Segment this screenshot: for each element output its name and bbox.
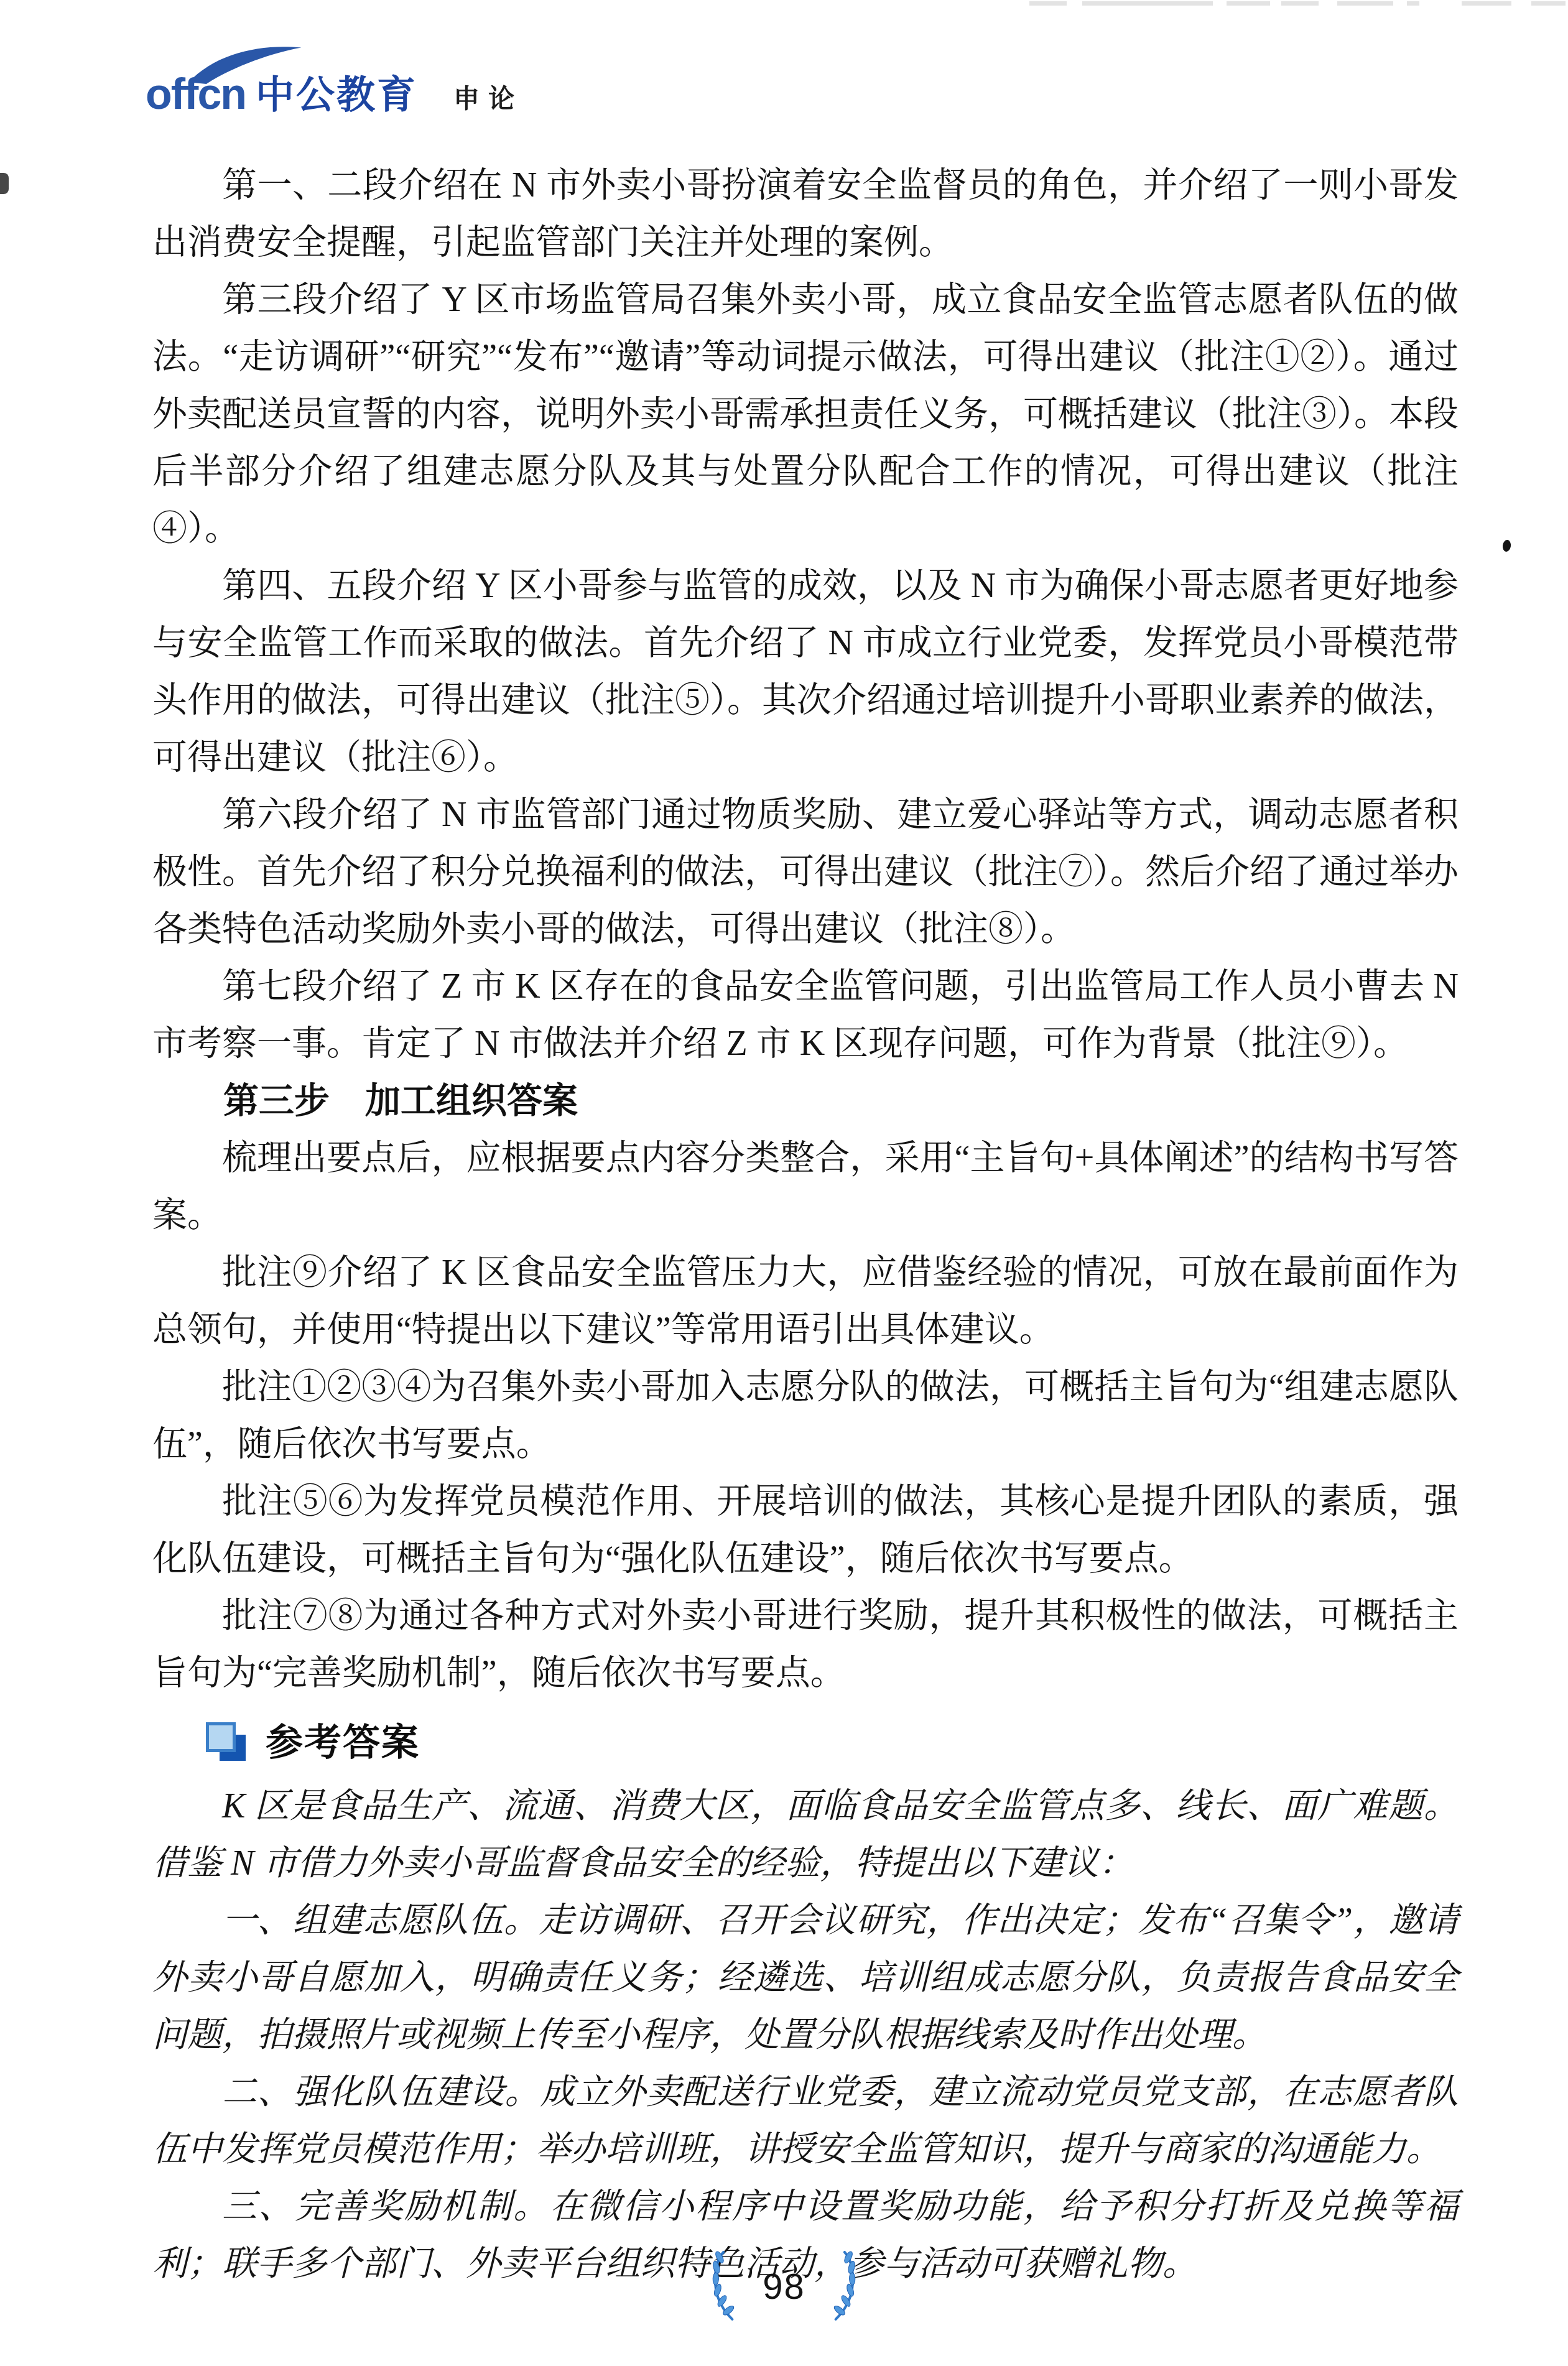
- answer-paragraph: 二、强化队伍建设。成立外卖配送行业党委，建立流动党员党支部，在志愿者队伍中发挥党…: [152, 2064, 1459, 2178]
- step-heading: 第三步 加工组织答案: [152, 1072, 1459, 1130]
- scan-artifact-left-edge: [0, 173, 9, 194]
- analysis-paragraph: 第三段介绍了 Y 区市场监管局召集外卖小哥，成立食品安全监管志愿者队伍的做法。“…: [152, 271, 1459, 557]
- analysis-paragraph: 批注⑨介绍了 K 区食品安全监管压力大，应借鉴经验的情况，可放在最前面作为总领句…: [152, 1244, 1459, 1358]
- analysis-paragraph: 批注⑦⑧为通过各种方式对外卖小哥进行奖励，提升其积极性的做法，可概括主旨句为“完…: [152, 1587, 1459, 1702]
- overlapping-squares-icon: [206, 1722, 248, 1763]
- scan-artifact: [1407, 1, 1419, 6]
- analysis-paragraph: 梳理出要点后，应根据要点内容分类整合，采用“主旨句+具体阐述”的结构书写答案。: [152, 1130, 1459, 1244]
- analysis-paragraph: 第四、五段介绍 Y 区小哥参与监管的成效，以及 N 市为确保小哥志愿者更好地参与…: [152, 557, 1459, 786]
- answer-section-heading: 参考答案: [152, 1714, 1459, 1771]
- ink-dot-artifact: [1502, 539, 1512, 552]
- scan-artifact: [1227, 1, 1270, 6]
- analysis-paragraph: 第六段介绍了 N 市监管部门通过物质奖励、建立爱心驿站等方式，调动志愿者积极性。…: [152, 786, 1459, 958]
- page-number: 98: [763, 2266, 805, 2308]
- icon-front-square: [206, 1722, 236, 1752]
- scan-artifact: [1337, 1, 1393, 6]
- book-page: offcn 中公教育 申论 第一、二段介绍在 N 市外卖小哥扮演着安全监督员的角…: [0, 0, 1568, 2366]
- laurel-branch-icon: [708, 2251, 736, 2322]
- scan-artifact: [1029, 1, 1067, 6]
- answer-paragraph: 一、组建志愿队伍。走访调研、召开会议研究，作出决定；发布“召集令”，邀请外卖小哥…: [152, 1892, 1459, 2064]
- laurel-branch-icon: [832, 2251, 860, 2322]
- page-footer: 98: [0, 2249, 1568, 2324]
- analysis-paragraph: 第七段介绍了 Z 市 K 区存在的食品安全监管问题，引出监管局工作人员小曹去 N…: [152, 958, 1459, 1072]
- analysis-paragraph: 批注①②③④为召集外卖小哥加入志愿分队的做法，可概括主旨句为“组建志愿队伍”，随…: [152, 1358, 1459, 1473]
- subject-label: 申论: [453, 85, 523, 116]
- offcn-logo: offcn 中公教育: [146, 72, 417, 116]
- answer-heading-label: 参考答案: [266, 1714, 420, 1771]
- scan-artifact: [1082, 1, 1213, 6]
- analysis-paragraph: 第一、二段介绍在 N 市外卖小哥扮演着安全监督员的角色，并介绍了一则小哥发出消费…: [152, 157, 1459, 271]
- answer-paragraph: K 区是食品生产、流通、消费大区，面临食品安全监管点多、线长、面广难题。借鉴 N…: [152, 1778, 1459, 1892]
- page-header: offcn 中公教育 申论: [146, 72, 523, 116]
- analysis-paragraph: 批注⑤⑥为发挥党员模范作用、开展培训的做法，其核心是提升团队的素质，强化队伍建设…: [152, 1473, 1459, 1587]
- scan-artifact: [1462, 1, 1511, 6]
- logo-swoosh-icon: [184, 44, 306, 85]
- scan-artifact: [1281, 1, 1319, 6]
- page-content: 第一、二段介绍在 N 市外卖小哥扮演着安全监督员的角色，并介绍了一则小哥发出消费…: [152, 157, 1459, 2293]
- scan-artifact: [1531, 1, 1566, 6]
